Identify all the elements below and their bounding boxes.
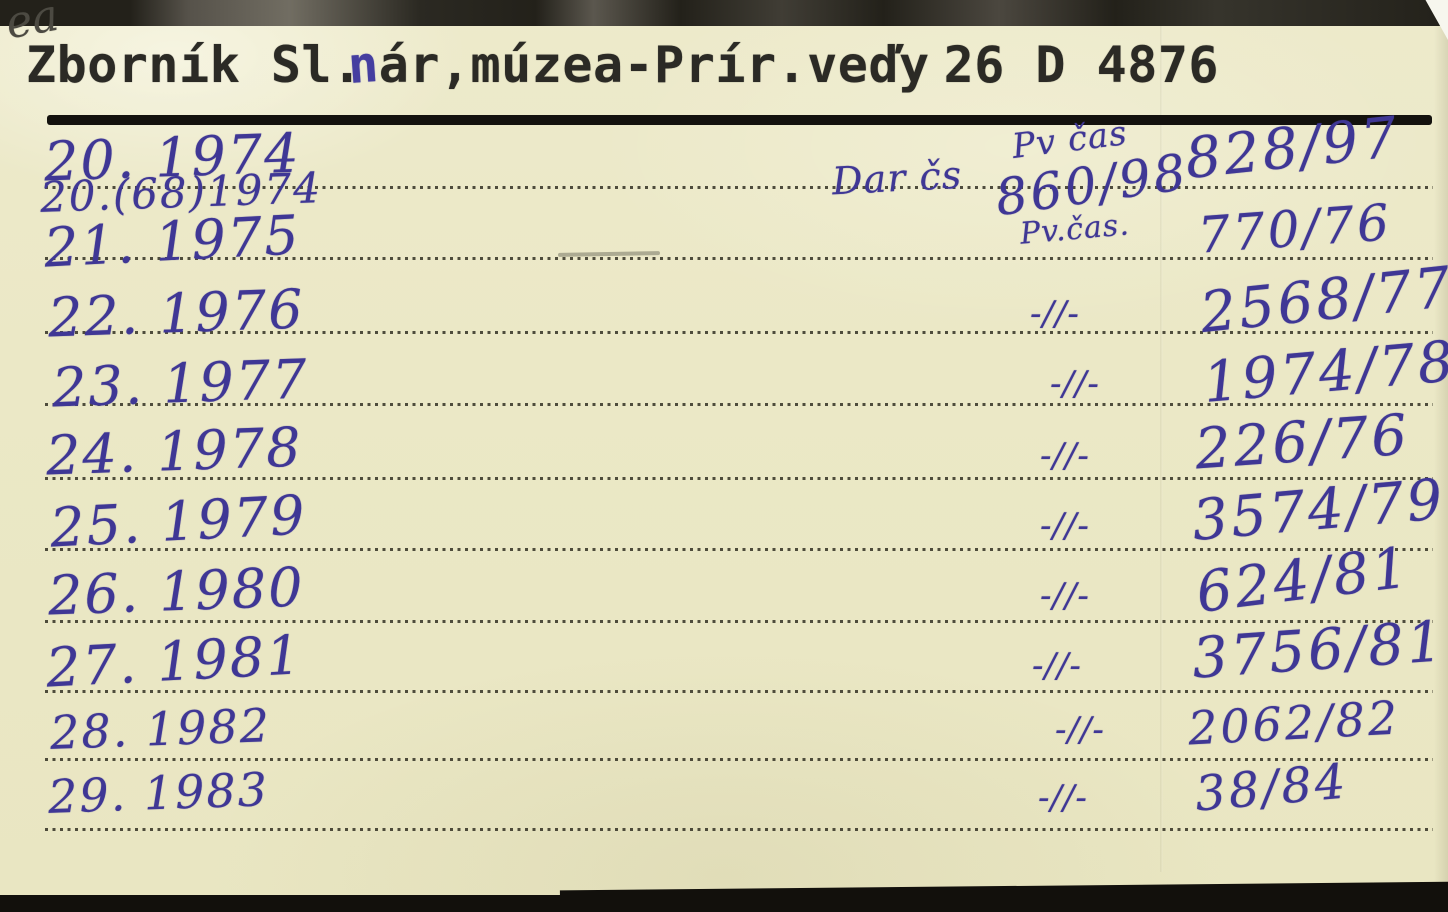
scan-top-edge bbox=[0, 0, 1448, 26]
entry-year: 23. 1977 bbox=[51, 348, 310, 420]
entry-year: 21. 1975 bbox=[43, 203, 302, 279]
ruled-line bbox=[45, 828, 1433, 831]
entry-year: 25. 1979 bbox=[49, 483, 308, 559]
entry-note: -//- bbox=[1040, 576, 1090, 616]
entry-number: 2062/82 bbox=[1187, 690, 1402, 755]
right-edge-shadow bbox=[1434, 0, 1448, 912]
entry-year: 28. 1982 bbox=[49, 698, 272, 760]
call-number: 26 D 4876 bbox=[944, 36, 1219, 94]
ruled-line bbox=[45, 690, 1433, 693]
entry-year: 24. 1978 bbox=[45, 416, 304, 488]
typed-title-right: ár,múzea-Prír.veďy bbox=[379, 36, 930, 94]
scan-bottom-edge bbox=[0, 895, 1448, 912]
entry-note: -//- bbox=[1040, 506, 1090, 546]
entry-note: -//- bbox=[1030, 294, 1080, 334]
ink-overwrite-letter: n bbox=[346, 35, 381, 95]
entry-year: 29. 1983 bbox=[47, 762, 270, 824]
ruled-line bbox=[45, 758, 1433, 761]
entry-year: 22. 1976 bbox=[47, 278, 306, 350]
entry-note: Dar čs bbox=[831, 153, 963, 204]
entry-note: -//- bbox=[1050, 364, 1100, 404]
typed-title-left: Zborník Sl bbox=[26, 36, 332, 94]
entry-note: -//- bbox=[1040, 436, 1090, 476]
entry-note: -//- bbox=[1038, 778, 1088, 818]
entry-year: 27. 1981 bbox=[45, 623, 304, 699]
entry-number: 38/84 bbox=[1193, 753, 1351, 822]
header-title: Zborník Sl.nár,múzea-Prír.veďy26 D 4876 bbox=[26, 36, 1219, 94]
entry-note: -//- bbox=[1055, 710, 1105, 750]
entry-note: -//- bbox=[1032, 646, 1082, 686]
entry-year: 26. 1980 bbox=[47, 556, 306, 628]
catalog-card: ea Zborník Sl.nár,múzea-Prír.veďy26 D 48… bbox=[0, 0, 1448, 912]
entry-number: 770/76 bbox=[1196, 193, 1393, 264]
entry-number: 226/76 bbox=[1193, 403, 1412, 483]
